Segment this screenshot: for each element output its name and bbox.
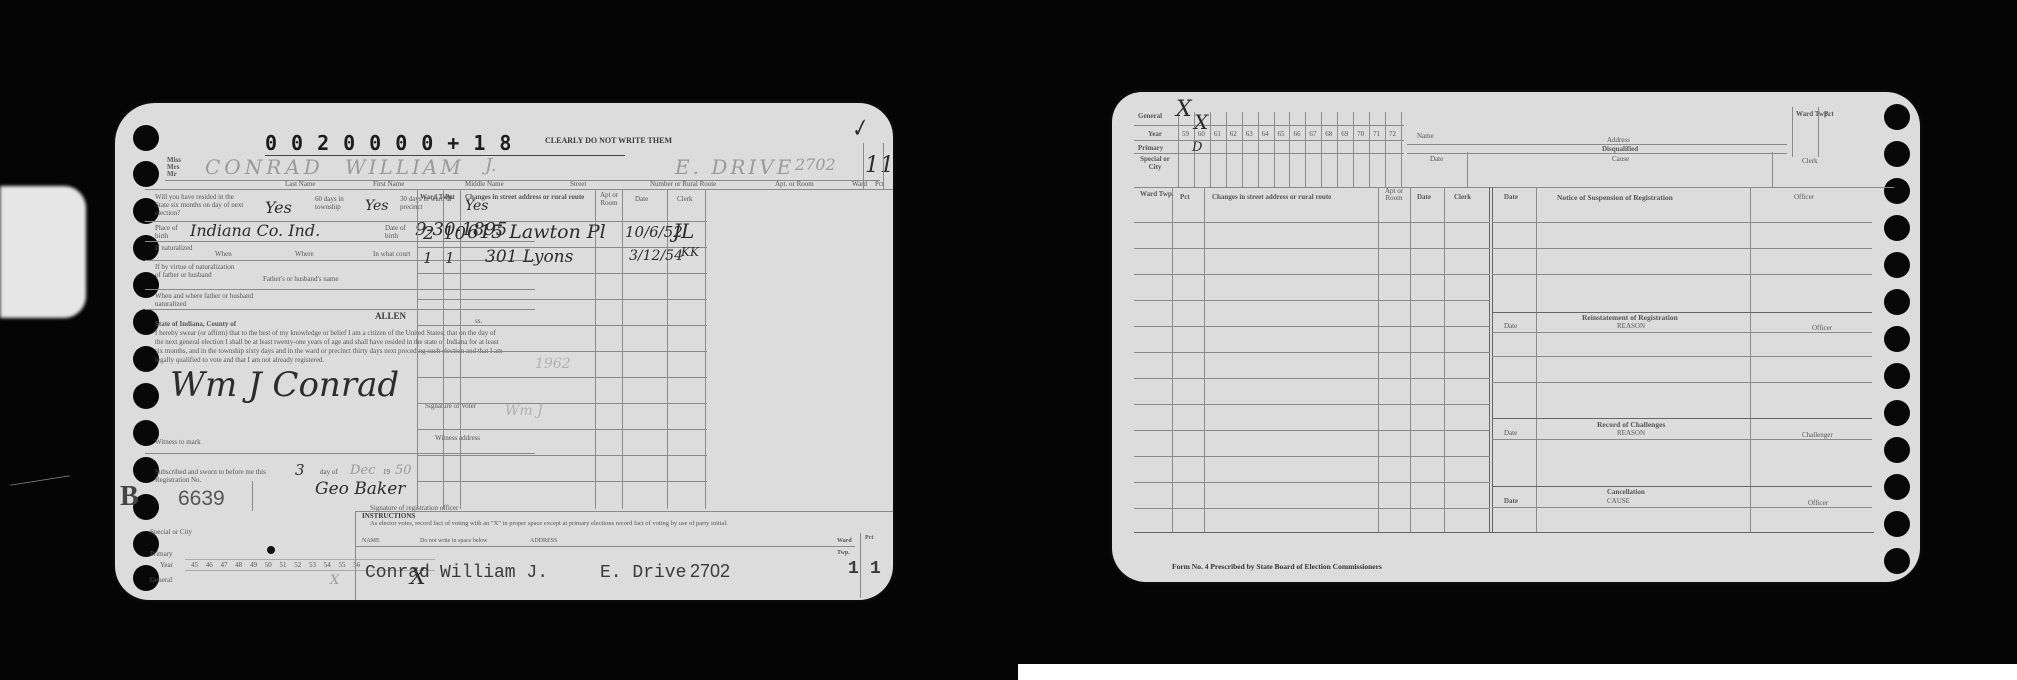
header-instruction: CLEARLY DO NOT WRITE THEM bbox=[545, 136, 672, 145]
back-voting-label-special: Special or City bbox=[1140, 155, 1170, 171]
changes-header-ward: Ward Twp. bbox=[420, 193, 442, 201]
back-voting-label-year: Year bbox=[1148, 130, 1162, 138]
back-clerk-label: Clerk bbox=[1802, 157, 1818, 165]
birth-date-label: Date of birth bbox=[385, 224, 415, 240]
changes-header-date: Date bbox=[635, 195, 648, 203]
reinstatement-title: Reinstatement of Registration bbox=[1582, 313, 1678, 322]
typed-street: E. Drive bbox=[600, 563, 686, 583]
film-edge-strip bbox=[1018, 664, 2017, 680]
subscribed-month: Dec bbox=[350, 463, 375, 478]
punch-hole-icon bbox=[1884, 511, 1910, 537]
back-changes-header-ward: Ward Twp. bbox=[1140, 190, 1166, 198]
back-general-vote-mark: X bbox=[1176, 97, 1192, 122]
voting-row-label-special: Special or City bbox=[150, 528, 180, 536]
cancellation-header-date: Date bbox=[1504, 497, 1518, 505]
change-row-2-clerk: KK bbox=[681, 245, 699, 259]
change-row-1-clerk: JL bbox=[673, 219, 694, 243]
changes-header-clerk: Clerk bbox=[677, 195, 693, 203]
change-row-1-ward: 2 bbox=[423, 223, 434, 244]
reinstatement-header-date: Date bbox=[1504, 322, 1517, 330]
punch-hole-icon bbox=[133, 383, 159, 409]
middle-name-handwritten: J. bbox=[485, 155, 497, 176]
residency-q1-label: Will you have resided in the State six m… bbox=[155, 193, 245, 217]
change-row-2-date: 3/12/54 bbox=[629, 248, 683, 264]
form-footer: Form No. 4 Prescribed by State Board of … bbox=[1172, 562, 1382, 571]
check-mark: ✓ bbox=[846, 115, 872, 145]
ward-label: Ward bbox=[852, 180, 867, 188]
punch-hole-icon bbox=[1884, 104, 1910, 130]
changes-header-address: Changes in street address or rural route bbox=[465, 193, 584, 201]
changes-header-apt: Apt or Room bbox=[597, 191, 621, 207]
punch-hole-icon bbox=[1884, 289, 1910, 315]
punch-hole-icon bbox=[1884, 326, 1910, 352]
back-voting-grid: 59 60 61 62 63 64 65 66 67 68 69 70 71 7… bbox=[1178, 112, 1402, 187]
typed-ward: 1 bbox=[848, 559, 859, 579]
punch-hole-icon bbox=[1884, 437, 1910, 463]
last-name-label: Last Name bbox=[285, 180, 316, 188]
oath-county: ALLEN bbox=[375, 311, 406, 321]
suspension-header-date: Date bbox=[1504, 193, 1518, 201]
footer-ward-label: Ward Twp. bbox=[837, 535, 859, 559]
back-general-vote-mark-2: X bbox=[1194, 110, 1208, 134]
subscribed-label: Subscribed and sworn to before me this bbox=[155, 468, 266, 476]
general-vote-mark-2: X bbox=[330, 573, 339, 588]
typed-last-name: Conrad bbox=[365, 563, 430, 583]
number-label: Number or Rural Route bbox=[650, 180, 716, 188]
back-changes-header-apt: Apt or Room bbox=[1380, 188, 1408, 202]
punch-hole-icon bbox=[1884, 548, 1910, 574]
naturalized-when-label: When bbox=[215, 250, 232, 258]
registration-no-label: Registration No. bbox=[155, 476, 201, 484]
typed-pct: 1 bbox=[870, 559, 881, 579]
back-primary-mark: D bbox=[1192, 140, 1202, 155]
when-where-label: When and where father or husband natural… bbox=[155, 292, 255, 308]
registration-card-front: 0020000+18 CLEARLY DO NOT WRITE THEM Mis… bbox=[115, 103, 893, 600]
typed-number: 2702 bbox=[690, 561, 730, 582]
title-labels: Miss Mrs Mr bbox=[167, 157, 181, 178]
cancellation-header-cause: CAUSE bbox=[1607, 497, 1630, 505]
oath-state-label: State of Indiana, County of bbox=[155, 320, 236, 328]
registration-number: 6639 bbox=[178, 487, 225, 511]
oath-text: I hereby swear (or affirm) that to the b… bbox=[155, 329, 505, 365]
challenges-title: Record of Challenges bbox=[1597, 420, 1665, 429]
instructions-title: INSTRUCTIONS bbox=[362, 512, 415, 520]
back-pct-label: Pct bbox=[1824, 110, 1834, 118]
back-changes-header-address: Changes in street address or rural route bbox=[1212, 193, 1331, 201]
punch-hole-icon bbox=[1884, 474, 1910, 500]
change-row-2-address: 301 Lyons bbox=[485, 247, 573, 267]
naturalized-label: If naturalized bbox=[155, 244, 193, 252]
punch-hole-icon bbox=[1884, 141, 1910, 167]
footer-pct-label: Pct bbox=[865, 535, 873, 541]
punch-hole-icon bbox=[133, 161, 159, 187]
punch-hole-icon bbox=[1884, 400, 1910, 426]
back-cause-label: Cause bbox=[1612, 155, 1629, 163]
challenges-header-date: Date bbox=[1504, 429, 1517, 437]
back-voting-label-general: General bbox=[1138, 112, 1162, 120]
punch-hole-icon bbox=[133, 125, 159, 151]
residency-q1-value: Yes bbox=[265, 198, 292, 217]
cancellation-header-officer: Officer bbox=[1808, 499, 1828, 507]
voting-row-label-primary: Primary bbox=[150, 550, 173, 558]
punch-hole-icon bbox=[1884, 363, 1910, 389]
back-disqualified-label: Disqualified bbox=[1602, 145, 1638, 153]
change-row-1-pct: 10 bbox=[443, 223, 466, 244]
witness-address-label: Witness address bbox=[435, 434, 480, 442]
subscribed-year-label: 19 bbox=[383, 468, 390, 476]
voting-years: 45 46 47 48 49 50 51 52 53 54 55 56 bbox=[191, 561, 360, 569]
naturalized-where-label: Where bbox=[295, 250, 314, 258]
cancellation-title: Cancellation bbox=[1607, 488, 1645, 496]
subscribed-day: 3 bbox=[295, 461, 305, 479]
street-handwritten: E. DRIVE bbox=[675, 155, 794, 179]
challenges-header-challenger: Challenger bbox=[1802, 431, 1833, 439]
naturalized-court-label: In what court bbox=[373, 250, 410, 258]
film-scratch bbox=[10, 475, 69, 485]
first-name-label: First Name bbox=[373, 180, 404, 188]
address-label: ADDRESS bbox=[530, 538, 557, 544]
back-changes-header-date: Date bbox=[1417, 193, 1431, 201]
challenges-header-reason: REASON bbox=[1617, 429, 1645, 437]
typed-first-name: William J. bbox=[440, 563, 548, 583]
punch-hole-icon bbox=[1884, 178, 1910, 204]
birth-place-value: Indiana Co. Ind. bbox=[190, 221, 320, 240]
pct-handwritten: 1 bbox=[880, 153, 893, 178]
voter-signature: Wm J Conrad bbox=[170, 365, 399, 405]
reinstatement-header-officer: Officer bbox=[1812, 324, 1832, 332]
father-name-label: Father's or husband's name bbox=[263, 275, 338, 283]
ward-handwritten: 1 bbox=[865, 153, 879, 178]
faint-note-initials: Wm J bbox=[505, 403, 543, 419]
birth-place-label: Place of birth bbox=[155, 224, 185, 240]
voting-row-label-general: General bbox=[150, 576, 172, 584]
adjacent-card-edge bbox=[0, 186, 86, 318]
instructions-text: As elector votes, record fact of voting … bbox=[370, 520, 800, 527]
voting-row-label-year: Year bbox=[160, 561, 173, 569]
punch-hole-icon bbox=[1884, 215, 1910, 241]
officer-signature: Geo Baker bbox=[315, 479, 405, 499]
do-not-write-label: Do not write in space below bbox=[420, 538, 487, 544]
suspension-header-notice: Notice of Suspension of Registration bbox=[1557, 193, 1673, 202]
reinstatement-header-reason: REASON bbox=[1617, 322, 1645, 330]
change-row-1-address: 615 Lawton Pl bbox=[467, 221, 606, 243]
back-changes-header-clerk: Clerk bbox=[1454, 193, 1471, 201]
punch-dot bbox=[267, 546, 275, 554]
apt-label: Apt. or Room bbox=[775, 180, 814, 188]
back-voting-label-primary: Primary bbox=[1138, 144, 1163, 152]
witness-mark-label: Witness to mark bbox=[155, 438, 201, 446]
change-row-2-pct: 1 bbox=[445, 249, 455, 267]
back-date-label: Date bbox=[1430, 155, 1443, 163]
series-letter: B bbox=[120, 481, 139, 513]
serial-number: 0020000+18 bbox=[265, 131, 525, 155]
back-address-label: Address bbox=[1607, 136, 1630, 144]
punch-hole-icon bbox=[1884, 252, 1910, 278]
subscribed-year: 50 bbox=[395, 463, 412, 478]
changes-header-pct: Pct bbox=[445, 193, 455, 201]
by-virtue-label: If by virtue of naturalization of father… bbox=[155, 263, 235, 279]
house-number-handwritten: 2702 bbox=[795, 155, 836, 174]
first-name-handwritten: WILLIAM bbox=[345, 155, 464, 179]
residency-q2-label: 60 days in township bbox=[315, 195, 365, 211]
back-ward-label: Ward Twp. bbox=[1796, 110, 1818, 118]
name-label: NAME bbox=[362, 538, 380, 544]
residency-q2-value: Yes bbox=[365, 198, 389, 214]
oath-ss: ss. bbox=[475, 317, 482, 325]
faint-note-year: 1962 bbox=[535, 356, 571, 372]
back-name-label: Name bbox=[1417, 132, 1434, 140]
last-name-handwritten: CONRAD bbox=[205, 155, 324, 179]
middle-name-label: Middle Name bbox=[465, 180, 504, 188]
back-changes-header-pct: Pct bbox=[1180, 193, 1190, 201]
change-row-2-ward: 1 bbox=[423, 249, 433, 267]
street-label: Street bbox=[570, 180, 586, 188]
subscribed-day-label: day of bbox=[320, 468, 338, 476]
suspension-header-officer: Officer bbox=[1794, 193, 1814, 201]
registration-card-back: General Year Primary Special or City 59 … bbox=[1112, 92, 1920, 582]
